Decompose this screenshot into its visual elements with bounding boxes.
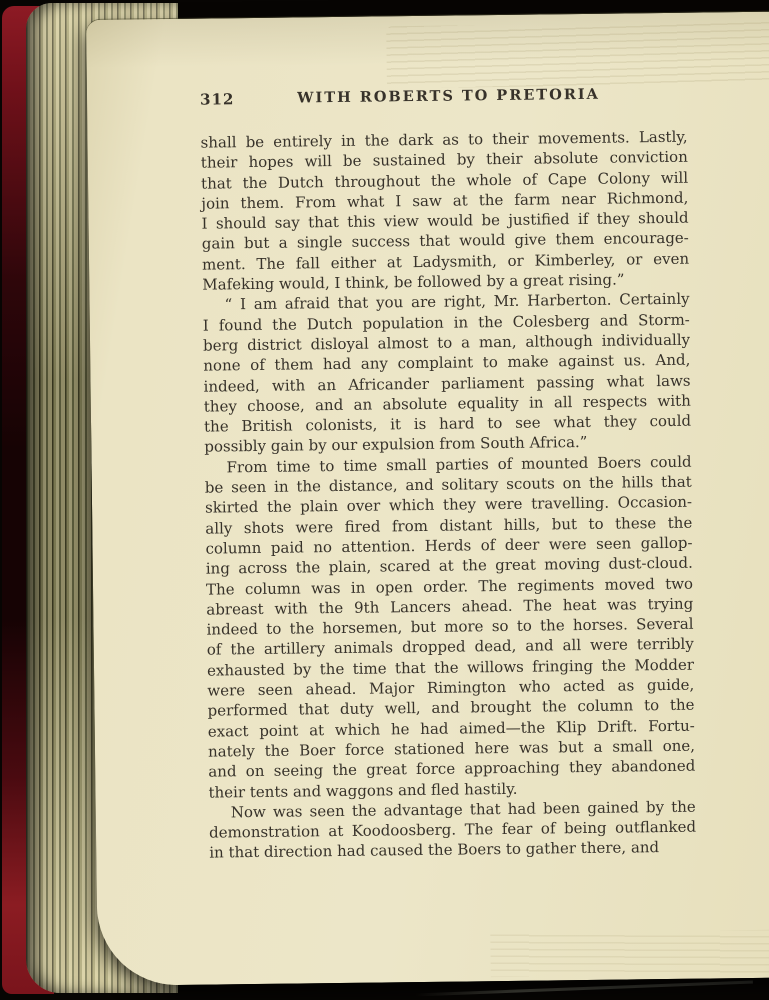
top-edge-under-pages <box>386 21 769 88</box>
bottom-edge-under-pages <box>491 929 769 977</box>
page-number: 312 <box>200 90 235 108</box>
paragraph: From time to time small parties of mount… <box>204 451 695 802</box>
running-title: WITH ROBERTS TO PRETORIA <box>200 85 687 108</box>
book-page: 312 WITH ROBERTS TO PRETORIA shall be en… <box>86 11 769 986</box>
book-scan-scene: 312 WITH ROBERTS TO PRETORIA shall be en… <box>0 0 769 1000</box>
board-edge-line <box>415 981 753 997</box>
paragraph: shall be entirely in the dark as to thei… <box>200 127 689 295</box>
paragraph: “ I am afraid that you are right, Mr. Ha… <box>202 289 691 457</box>
page-header: 312 WITH ROBERTS TO PRETORIA <box>200 85 687 111</box>
page-content: 312 WITH ROBERTS TO PRETORIA shall be en… <box>200 85 696 864</box>
page-body: shall be entirely in the dark as to thei… <box>200 127 696 864</box>
paragraph: Now was seen the advantage that had been… <box>209 796 697 863</box>
